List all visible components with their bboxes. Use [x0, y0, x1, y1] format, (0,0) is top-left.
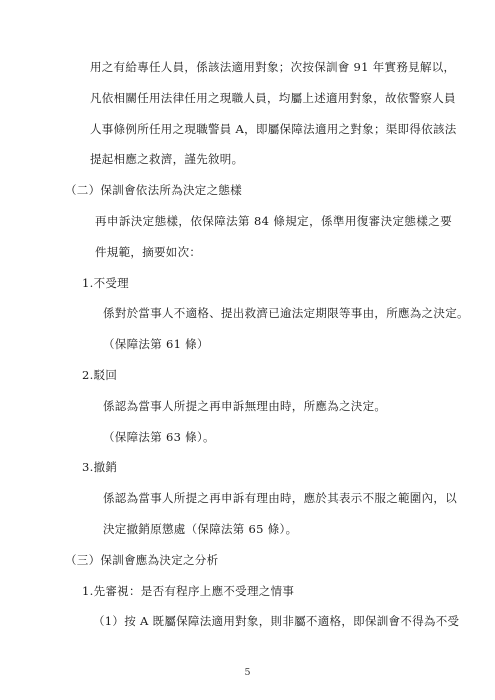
text-line: 係認為當事人所提之再申訴無理由時，所應為之決定。	[65, 391, 452, 422]
page-number: 5	[244, 667, 250, 678]
text-line: 提起相應之救濟，謹先敘明。	[65, 144, 452, 175]
document-page: 用之有給專任人員，係該法適用對象；次按保訓會 91 年實務見解以，凡依相關任用法…	[0, 0, 495, 700]
text-line: 人事條例所任用之現職警員 A，即屬保障法適用之對象；渠即得依該法	[65, 114, 452, 145]
text-line: （1）按 A 既屬保障法適用對象，則非屬不適格，即保訓會不得為不受	[65, 606, 452, 637]
text-line: （三）保訓會應為決定之分析	[65, 545, 452, 576]
text-line: （保障法第 63 條）。	[65, 422, 452, 453]
text-line: 凡依相關任用法律任用之現職人員，均屬上述適用對象，故依警察人員	[65, 83, 452, 114]
text-line: 3.撤銷	[65, 452, 452, 483]
text-line: 2.駁回	[65, 360, 452, 391]
text-line: 再申訴決定態樣，依保障法第 84 條規定，係準用復審決定態樣之要	[65, 206, 452, 237]
text-line: 係認為當事人所提之再申訴有理由時，應於其表示不服之範圍內，以	[65, 483, 452, 514]
text-line: 用之有給專任人員，係該法適用對象；次按保訓會 91 年實務見解以，	[65, 52, 452, 83]
text-line: 1.先審視：是否有程序上應不受理之情事	[65, 576, 452, 607]
text-line: 決定撤銷原懲處（保障法第 65 條）。	[65, 514, 452, 545]
text-line: 係對於當事人不適格、提出救濟已逾法定期限等事由，所應為之決定。	[65, 298, 452, 329]
text-line: （保障法第 61 條）	[65, 329, 452, 360]
text-block: 用之有給專任人員，係該法適用對象；次按保訓會 91 年實務見解以，凡依相關任用法…	[65, 52, 452, 637]
page-footer: 5	[0, 660, 495, 679]
text-line: （二）保訓會依法所為決定之態樣	[65, 175, 452, 206]
text-line: 1.不受理	[65, 268, 452, 299]
text-line: 件規範，摘要如次：	[65, 237, 452, 268]
